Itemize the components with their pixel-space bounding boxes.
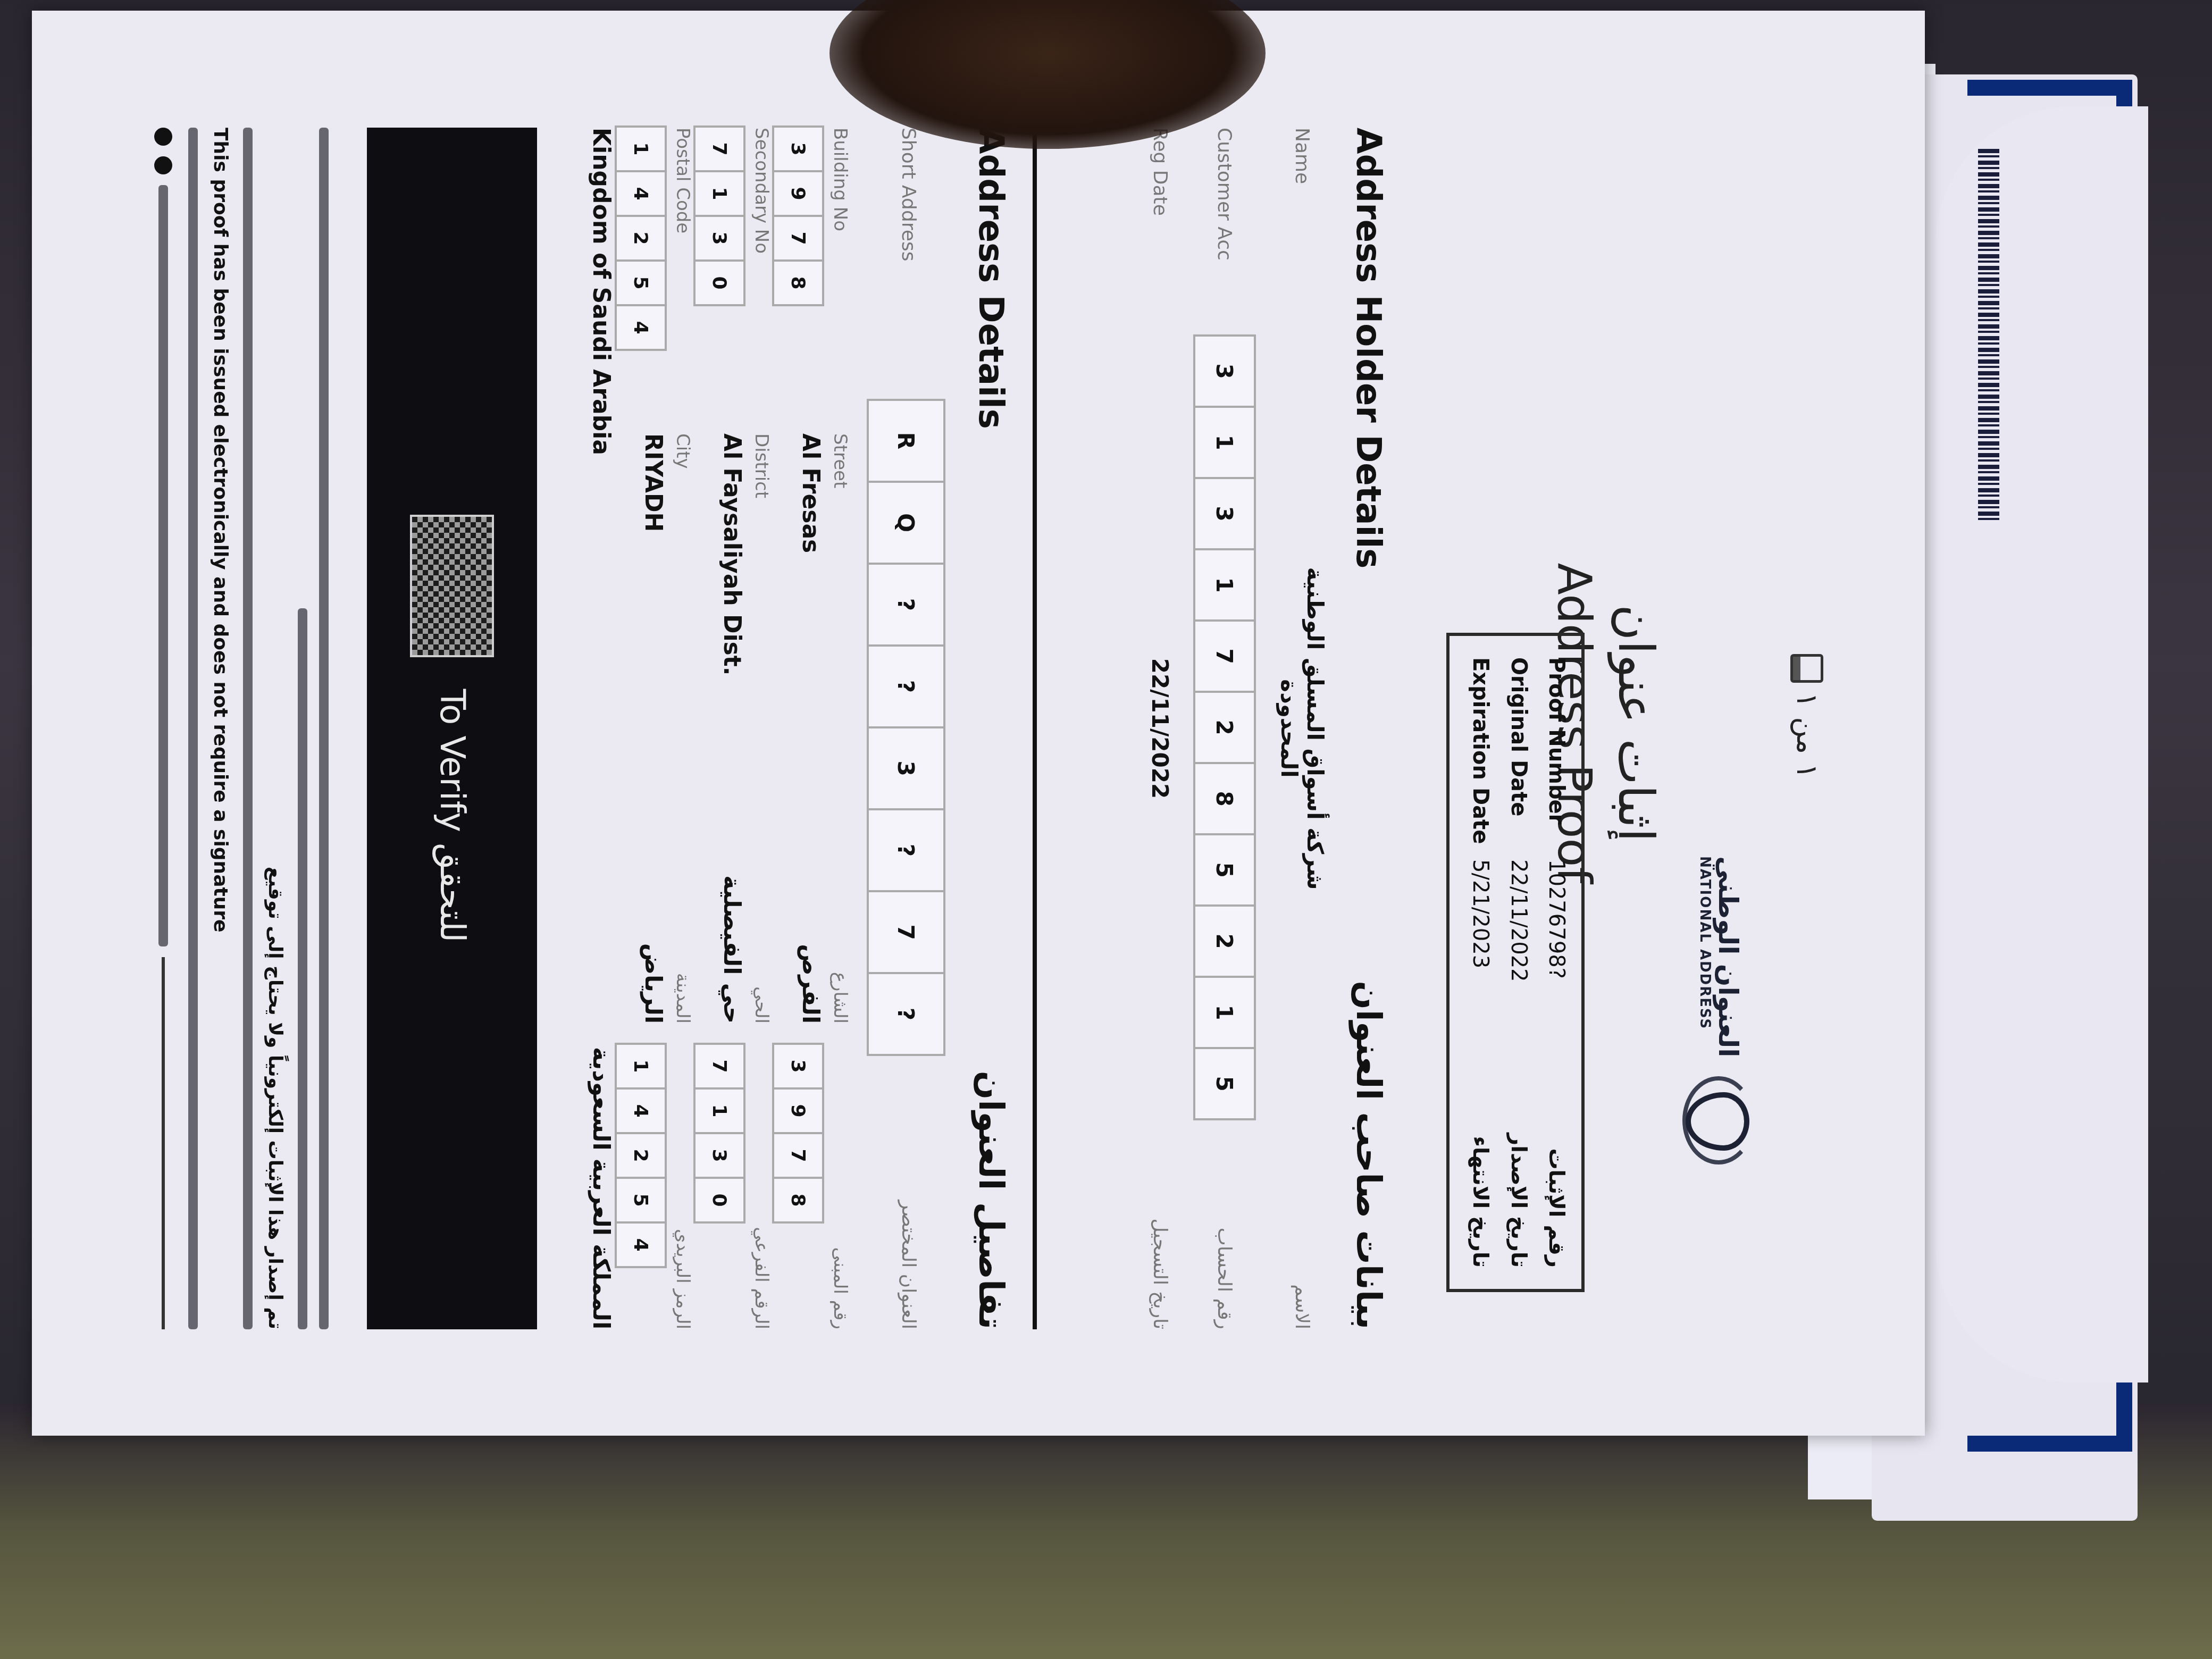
city-value-ar: الرياض	[640, 739, 667, 1024]
street-label-ar: الشارع	[829, 739, 851, 1024]
bullet-icon	[154, 128, 172, 146]
qr-code[interactable]	[410, 515, 494, 657]
account-label-ar: رقم الحساب	[1214, 1159, 1236, 1329]
proof-meta-box: Proof Number 10276798? رقم الإثبات Origi…	[1446, 633, 1585, 1292]
street-value: Al Fresas	[797, 433, 824, 718]
footer-text-line	[243, 128, 253, 1329]
meta-label-ar: تاريخ الإصدار	[1500, 1093, 1530, 1268]
short-address-digits: RQ??3?7?	[867, 298, 945, 1159]
title-ar: إثبات عنوان	[1607, 58, 1664, 1388]
region-value: Kingdom of Saudi Arabia	[588, 128, 615, 718]
short-address-row: Short Address RQ??3?7? العنوان المختصر	[867, 128, 951, 1329]
digit-cell: 1	[1193, 976, 1256, 1049]
meta-value: 5/21/2023	[1462, 859, 1493, 1093]
digit-cell: 1	[1193, 406, 1256, 479]
document-icon	[1791, 654, 1824, 683]
region-value-ar: المملكة العربية السعودية	[588, 739, 615, 1329]
name-label: Name	[1292, 128, 1313, 298]
digit-cell: 7	[772, 1132, 824, 1179]
district-value-ar: حي الفيصلية	[718, 739, 745, 1024]
digit-cell: 2	[615, 1132, 667, 1179]
account-row: Customer Acc 31317285215 رقم الحساب	[1193, 128, 1256, 1329]
digit-cell: 7	[693, 1043, 745, 1090]
digit-cell: 3	[772, 125, 824, 172]
verify-label: To Verify للتحقق	[432, 689, 472, 943]
digit-cell: 7	[1193, 619, 1256, 693]
digit-cell: 4	[615, 1221, 667, 1268]
reg-date-row: Reg Date 22/11/2022 تاريخ التسجيل	[1147, 128, 1173, 1329]
secondary-digits: 7130	[693, 128, 745, 412]
secondary-digits-ar: 7130	[693, 1045, 745, 1329]
digit-cell: 4	[615, 170, 667, 217]
signature-rule	[162, 957, 165, 1329]
name-value-line2: المحدودة	[1276, 679, 1302, 777]
account-digits: 31317285215	[1193, 298, 1256, 1159]
barcode	[1978, 149, 1999, 521]
footer-text-line	[188, 128, 198, 1329]
building-label: Building No	[829, 128, 851, 412]
district-label-ar: الحي	[751, 739, 772, 1024]
postal-digits: 14254	[615, 128, 667, 412]
reg-date-label: Reg Date	[1149, 128, 1171, 298]
city-label-ar: المدينة	[672, 739, 693, 1024]
postal-digits-ar: 14254	[615, 1045, 667, 1329]
page-marker: ١ من ١	[1790, 654, 1824, 778]
secondary-label: Secondary No	[751, 128, 772, 412]
meta-value: 22/11/2022	[1500, 859, 1530, 1093]
account-label: Customer Acc	[1214, 128, 1236, 298]
name-value-line1: شركة أسواق المسلق الوطنية	[1302, 567, 1328, 890]
digit-cell: 1	[693, 170, 745, 217]
logo-icon	[1686, 1071, 1755, 1161]
city-value: RIYADH	[640, 433, 667, 718]
digit-cell: 3	[772, 1043, 824, 1090]
digit-cell: 3	[867, 726, 945, 810]
digit-cell: 4	[615, 304, 667, 351]
postal-label-ar: الرمز البريدي	[672, 1045, 693, 1329]
holder-heading-en: Address Holder Details	[1348, 128, 1388, 568]
digit-cell: ?	[867, 808, 945, 892]
digit-cell: 5	[615, 259, 667, 306]
digit-cell: 3	[1193, 334, 1256, 408]
address-heading-ar: تفاصيل العنوان	[971, 1071, 1010, 1329]
street-label: Street	[829, 433, 851, 718]
digit-cell: 3	[1193, 477, 1256, 550]
digit-cell: R	[867, 399, 945, 483]
street-value-ar: الفرص	[797, 739, 824, 1024]
digit-cell: 1	[615, 1043, 667, 1090]
postal-label: Postal Code	[672, 128, 693, 412]
digit-cell: 7	[693, 125, 745, 172]
digit-cell: 1	[615, 125, 667, 172]
digit-cell: 9	[772, 170, 824, 217]
building-digits: 3978	[772, 128, 824, 412]
footer-text-line	[298, 608, 307, 1329]
meta-label: Expiration Date	[1462, 657, 1493, 859]
digit-cell: 1	[693, 1087, 745, 1134]
digit-cell: 0	[693, 259, 745, 306]
digit-cell: 3	[693, 1132, 745, 1179]
digit-cell: 1	[1193, 548, 1256, 622]
digit-cell: 5	[1193, 833, 1256, 907]
footer-strong-en: This proof has been issued electronicall…	[210, 128, 231, 1329]
address-grid: Building No 3978 Street Al Fresas الشارع…	[588, 128, 851, 1329]
meta-label-ar: رقم الإثبات	[1538, 1093, 1569, 1268]
national-address-logo: العنوان الوطني NATIONAL ADDRESS	[1686, 856, 1755, 1161]
name-value: شركة أسواق المسلق الوطنية المحدودة	[1276, 298, 1328, 1159]
meta-label: Proof Number	[1538, 657, 1569, 859]
name-label-ar: الاسم	[1292, 1159, 1313, 1329]
digit-cell: 8	[772, 1177, 824, 1224]
meta-label: Original Date	[1500, 657, 1530, 859]
digit-cell: 7	[772, 215, 824, 262]
short-address-label-ar: العنوان المختصر	[898, 1159, 920, 1329]
reg-date-label-ar: تاريخ التسجيل	[1149, 1159, 1171, 1329]
digit-cell: 0	[693, 1177, 745, 1224]
digit-cell: 2	[615, 215, 667, 262]
city-label: City	[672, 433, 693, 718]
digit-cell: ?	[867, 972, 945, 1056]
page-number: ١ من ١	[1790, 692, 1824, 778]
digit-cell: Q	[867, 481, 945, 565]
logo-en: NATIONAL ADDRESS	[1697, 856, 1713, 1057]
digit-cell: 4	[615, 1087, 667, 1134]
short-address-label: Short Address	[898, 128, 920, 298]
digit-cell: 8	[1193, 762, 1256, 835]
digit-cell: ?	[867, 563, 945, 647]
digit-cell: 2	[1193, 904, 1256, 978]
address-proof-document: ١ من ١ العنوان الوطني NATIONAL ADDRESS إ…	[74, 58, 1882, 1388]
paper-sheet: ١ من ١ العنوان الوطني NATIONAL ADDRESS إ…	[32, 11, 1925, 1436]
footer-disclaimer: تم إصدار هذا الإثبات إلكترونياً ولا يحتا…	[154, 128, 340, 1329]
name-row: Name شركة أسواق المسلق الوطنية المحدودة …	[1276, 128, 1328, 1329]
digit-cell: 3	[693, 215, 745, 262]
building-label-ar: رقم المبنى	[829, 1045, 851, 1329]
digit-cell: 2	[1193, 691, 1256, 764]
digit-cell: 8	[772, 259, 824, 306]
footer-strong-ar: تم إصدار هذا الإثبات إلكترونياً ولا يحتا…	[264, 128, 286, 1329]
digit-cell: 5	[615, 1177, 667, 1224]
logo-ar: العنوان الوطني	[1713, 856, 1744, 1057]
globe-icon	[154, 156, 172, 174]
address-section: Address Details تفاصيل العنوان Short Add…	[588, 128, 1010, 1329]
meta-label-ar: تاريخ الانتهاء	[1462, 1093, 1493, 1268]
footer-link-text[interactable]	[158, 185, 168, 946]
meta-value: 10276798?	[1538, 859, 1569, 1093]
verify-band: To Verify للتحقق	[367, 128, 537, 1329]
digit-cell: ?	[867, 644, 945, 728]
building-digits-ar: 3978	[772, 1045, 824, 1329]
digit-cell: 5	[1193, 1047, 1256, 1120]
section-divider	[1033, 128, 1037, 1329]
footer-text-line	[319, 128, 329, 1329]
digit-cell: 9	[772, 1087, 824, 1134]
digit-cell: 7	[867, 890, 945, 974]
footer-link-row	[154, 128, 172, 1329]
district-value: Al Faysaliyah Dist.	[718, 433, 745, 718]
secondary-label-ar: الرقم الفرعي	[751, 1045, 772, 1329]
district-label: District	[751, 433, 772, 718]
holder-section: Address Holder Details بيانات صاحب العنو…	[1147, 128, 1388, 1329]
address-heading-en: Address Details	[971, 128, 1010, 429]
reg-date-value: 22/11/2022	[1147, 298, 1173, 1159]
holder-heading-ar: بيانات صاحب العنوان	[1348, 981, 1388, 1329]
blue-card-inner	[1935, 106, 2148, 1382]
